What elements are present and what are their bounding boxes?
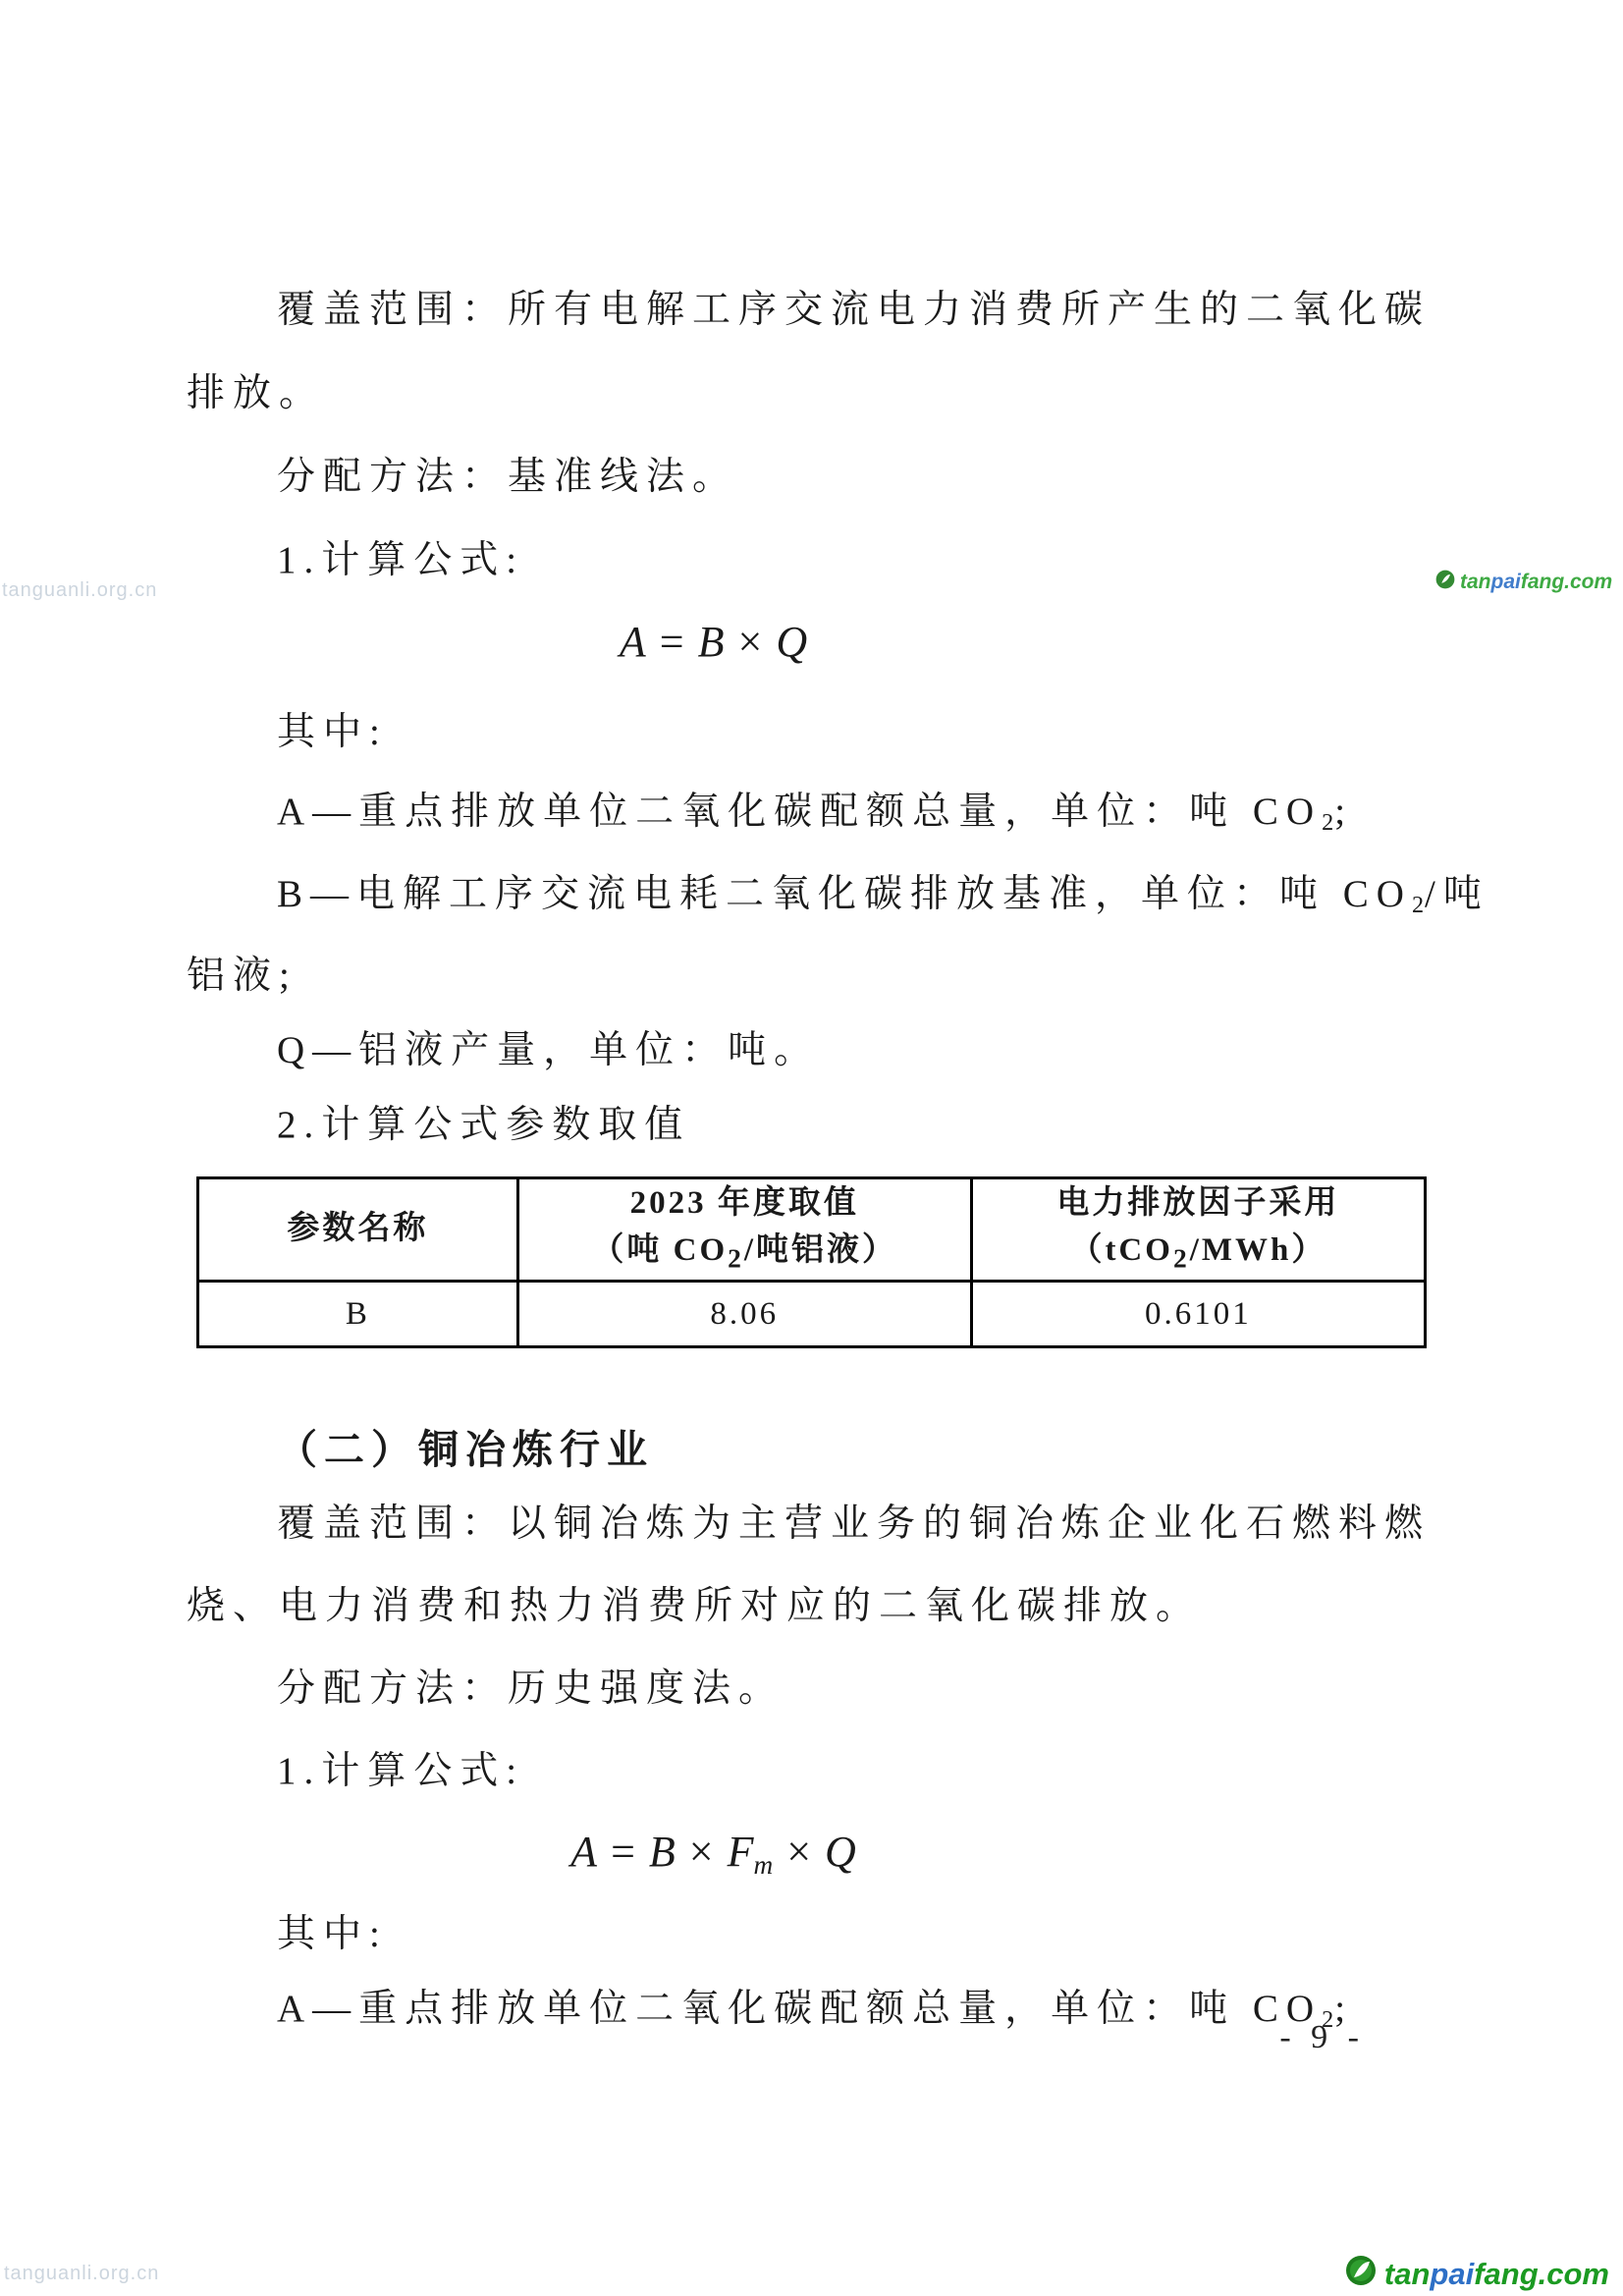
leaf-logo-icon xyxy=(1345,2255,1377,2294)
unit-text: （tCO xyxy=(1069,1232,1173,1268)
co2-subscript: 2 xyxy=(1412,892,1425,918)
cell-factor: 0.6101 xyxy=(971,1282,1425,1347)
logo-text-fang: fang.com xyxy=(1474,2257,1609,2291)
cell-value-2023: 8.06 xyxy=(517,1282,971,1347)
copper-formula-label: 1.计算公式: xyxy=(277,1748,524,1796)
equals-sign: = xyxy=(646,618,698,666)
copper-coverage-line2: 烧、电力消费和热力消费所对应的二氧化碳排放。 xyxy=(187,1583,1202,1631)
times-sign: × xyxy=(725,618,777,666)
cell-param-b: B xyxy=(198,1282,518,1347)
definition-b-text: B—电解工序交流电耗二氧化碳排放基准，单位：吨 CO xyxy=(277,873,1412,915)
header-2023-value-line1: 2023 年度取值 xyxy=(519,1180,970,1228)
copper-definition-a-text: A—重点排放单位二氧化碳配额总量，单位：吨 CO xyxy=(277,1988,1322,2030)
copper-allocation-method: 分配方法：历史强度法。 xyxy=(277,1666,784,1714)
definition-a-tail: ; xyxy=(1334,791,1353,833)
formula-a-bq: A=B×Q xyxy=(0,617,1427,667)
header-emission-factor-line1: 电力排放因子采用 xyxy=(973,1180,1424,1228)
wm-text-pai: pai xyxy=(1491,571,1521,593)
header-emission-factor-line2: （tCO2/MWh） xyxy=(973,1228,1424,1278)
definition-a-text: A—重点排放单位二氧化碳配额总量，单位：吨 CO xyxy=(277,791,1322,833)
co2-subscript: 2 xyxy=(728,1243,744,1274)
wm-text-tan: tan xyxy=(1460,571,1491,593)
header-2023-value-line2: （吨 CO2/吨铝液） xyxy=(519,1228,970,1278)
times-sign: × xyxy=(676,1828,728,1876)
definition-b-tail: /吨 xyxy=(1425,873,1489,915)
logo-text-pai: pai xyxy=(1430,2257,1474,2291)
equals-sign: = xyxy=(597,1828,649,1876)
co2-subscript: 2 xyxy=(1173,1243,1190,1274)
formula-label: 1.计算公式: xyxy=(277,537,524,585)
formula-var-f: F xyxy=(728,1828,754,1876)
copper-definition-a: A—重点排放单位二氧化碳配额总量，单位：吨 CO2; xyxy=(277,1986,1353,2035)
co2-subscript: 2 xyxy=(1322,809,1334,836)
header-emission-factor: 电力排放因子采用 （tCO2/MWh） xyxy=(971,1178,1425,1282)
coverage-paragraph-line1: 覆盖范围：所有电解工序交流电力消费所产生的二氧化碳 xyxy=(277,287,1431,335)
copper-coverage-line1: 覆盖范围：以铜冶炼为主营业务的铜冶炼企业化石燃料燃 xyxy=(277,1501,1431,1549)
formula-a-bfmq: A=B×Fm×Q xyxy=(0,1827,1427,1881)
formula-var-a: A xyxy=(620,618,646,666)
watermark-left-mid: tanguanli.org.cn xyxy=(2,579,157,602)
formula-var-a: A xyxy=(570,1828,597,1876)
definition-a: A—重点排放单位二氧化碳配额总量，单位：吨 CO2; xyxy=(277,789,1353,838)
wm-text-fang: fang.com xyxy=(1521,571,1612,593)
table-header-row: 参数名称 2023 年度取值 （吨 CO2/吨铝液） 电力排放因子采用 （tCO… xyxy=(198,1178,1426,1282)
header-param-name: 参数名称 xyxy=(198,1178,518,1282)
definition-b-line1: B—电解工序交流电耗二氧化碳排放基准，单位：吨 CO2/吨 xyxy=(277,871,1489,920)
formula-var-q: Q xyxy=(825,1828,856,1876)
coverage-paragraph-line2: 排放。 xyxy=(187,370,325,418)
header-2023-value: 2023 年度取值 （吨 CO2/吨铝液） xyxy=(517,1178,971,1282)
params-table-label: 2.计算公式参数取值 xyxy=(277,1102,690,1150)
logo-text-tan: tan xyxy=(1384,2257,1431,2291)
page-number: - 9 - xyxy=(1279,2019,1365,2056)
parameters-table: 参数名称 2023 年度取值 （吨 CO2/吨铝液） 电力排放因子采用 （tCO… xyxy=(196,1176,1427,1348)
watermark-left-bottom: tanguanli.org.cn xyxy=(4,2263,159,2285)
formula-var-b: B xyxy=(649,1828,676,1876)
tanpaifang-logo: tanpaifang.com xyxy=(1345,2255,1609,2294)
allocation-method-line: 分配方法：基准线法。 xyxy=(277,454,738,502)
definition-q: Q—铝液产量，单位：吨。 xyxy=(277,1027,820,1075)
document-page: 覆盖范围：所有电解工序交流电力消费所产生的二氧化碳 排放。 分配方法：基准线法。… xyxy=(0,0,1623,2296)
formula-var-b: B xyxy=(698,618,725,666)
unit-text-tail: /MWh） xyxy=(1190,1232,1327,1268)
unit-text-tail: /吨铝液） xyxy=(744,1232,897,1268)
table-data-row: B 8.06 0.6101 xyxy=(198,1282,1426,1347)
copper-where-label: 其中: xyxy=(277,1911,388,1959)
formula-var-q: Q xyxy=(776,618,807,666)
subscript-m: m xyxy=(754,1850,774,1880)
unit-text: （吨 CO xyxy=(591,1232,728,1268)
where-label: 其中: xyxy=(277,709,388,757)
times-sign: × xyxy=(773,1828,825,1876)
section-heading-copper: （二）铜冶炼行业 xyxy=(277,1417,654,1475)
leaf-logo-icon xyxy=(1435,570,1455,595)
definition-b-line2: 铝液; xyxy=(187,953,298,1001)
watermark-right-mid: tanpaifang.com xyxy=(1435,570,1612,595)
